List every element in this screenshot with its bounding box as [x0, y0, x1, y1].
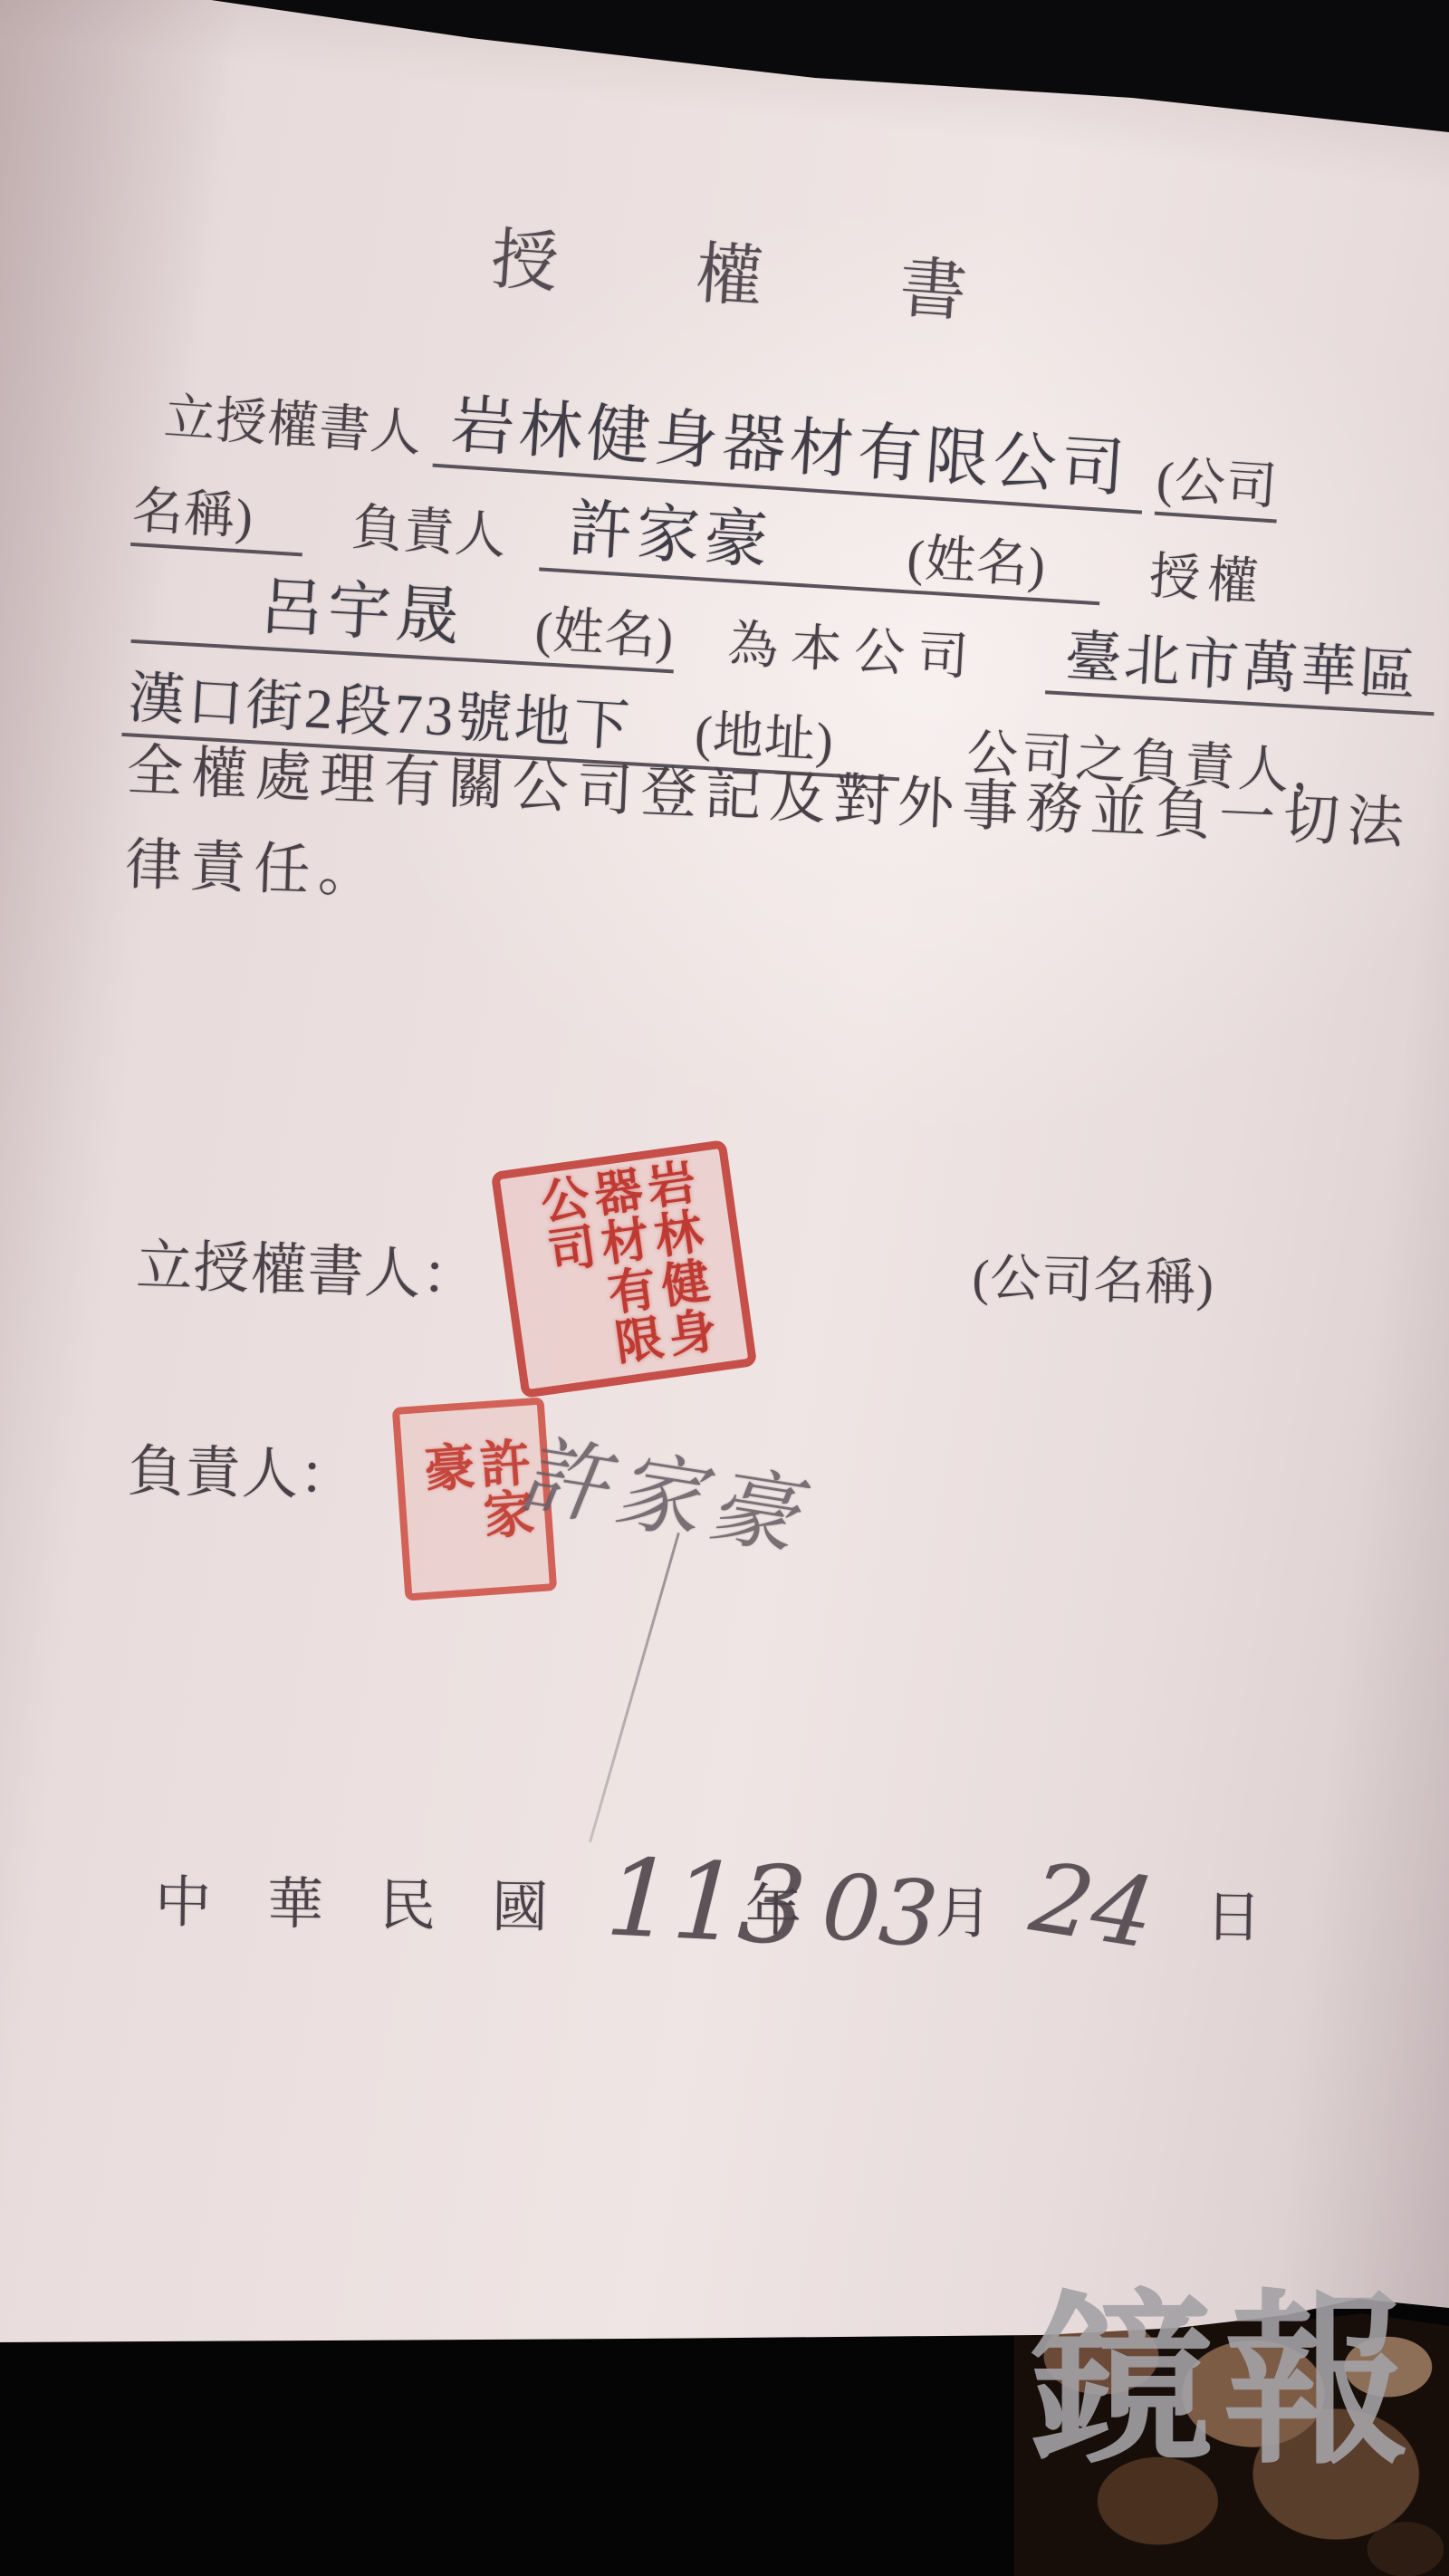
personal-seal-text: 許家豪: [415, 1436, 534, 1562]
responsible-signature-label: 負責人：: [127, 1430, 357, 1511]
company-seal-stamp: 岩林健身器材有限公司: [491, 1139, 758, 1399]
document-photo: 授權書 立授權書人 岩林健身器材有限公司 (公司 名稱) 負責人 許家豪 (姓名…: [0, 0, 1449, 2576]
address-fill-1: 臺北市萬華區: [1063, 611, 1420, 712]
body-line-6: 律責任。: [124, 823, 384, 908]
press-watermark: 鏡報: [1029, 2290, 1418, 2475]
signature-flourish-stroke: [589, 1533, 680, 1843]
as-company-text: 為本公司: [726, 601, 984, 690]
responsible-name-fill: 許家豪: [566, 477, 775, 582]
document-title: 授權書: [489, 226, 1107, 336]
month-unit: 月: [935, 1868, 992, 1949]
company-hint-close: 名稱): [130, 466, 307, 556]
agent-name-fill: 呂宇晟: [258, 555, 466, 658]
date-line: 中華民國 113 年 03 月 24 日: [153, 1844, 1442, 2043]
grantor-signature-label: 立授權書人：: [135, 1225, 479, 1312]
company-seal-text: 岩林健身器材有限公司: [530, 1157, 718, 1382]
era-label: 中華民國: [155, 1857, 605, 1944]
day-value-handwritten: 24: [1024, 1841, 1162, 1970]
authorize-label: 授權: [1147, 533, 1268, 616]
month-value-handwritten: 03: [818, 1853, 942, 1968]
grantor-signature-label-line: 立授權書人：: [135, 1225, 479, 1312]
day-unit: 日: [1204, 1871, 1262, 1953]
paper-document: 授權書 立授權書人 岩林健身器材有限公司 (公司 名稱) 負責人 許家豪 (姓名…: [0, 0, 1449, 2576]
grantor-intro-label: 立授權書人: [162, 373, 425, 466]
company-hint-open: (公司: [1155, 436, 1282, 524]
year-unit: 年: [744, 1865, 801, 1946]
name-hint: (姓名): [906, 517, 1049, 598]
responsible-person-label: 負責人: [350, 484, 510, 569]
company-name-hint: (公司名稱): [972, 1234, 1215, 1316]
clause-text-end: 律責任。: [124, 823, 384, 908]
company-name-hint-line: (公司名稱): [972, 1234, 1215, 1316]
name-hint-2: (姓名): [533, 590, 677, 669]
address-blank-1: 臺北市萬華區: [1045, 614, 1438, 716]
responsible-signature-label-line: 負責人：: [127, 1430, 357, 1511]
